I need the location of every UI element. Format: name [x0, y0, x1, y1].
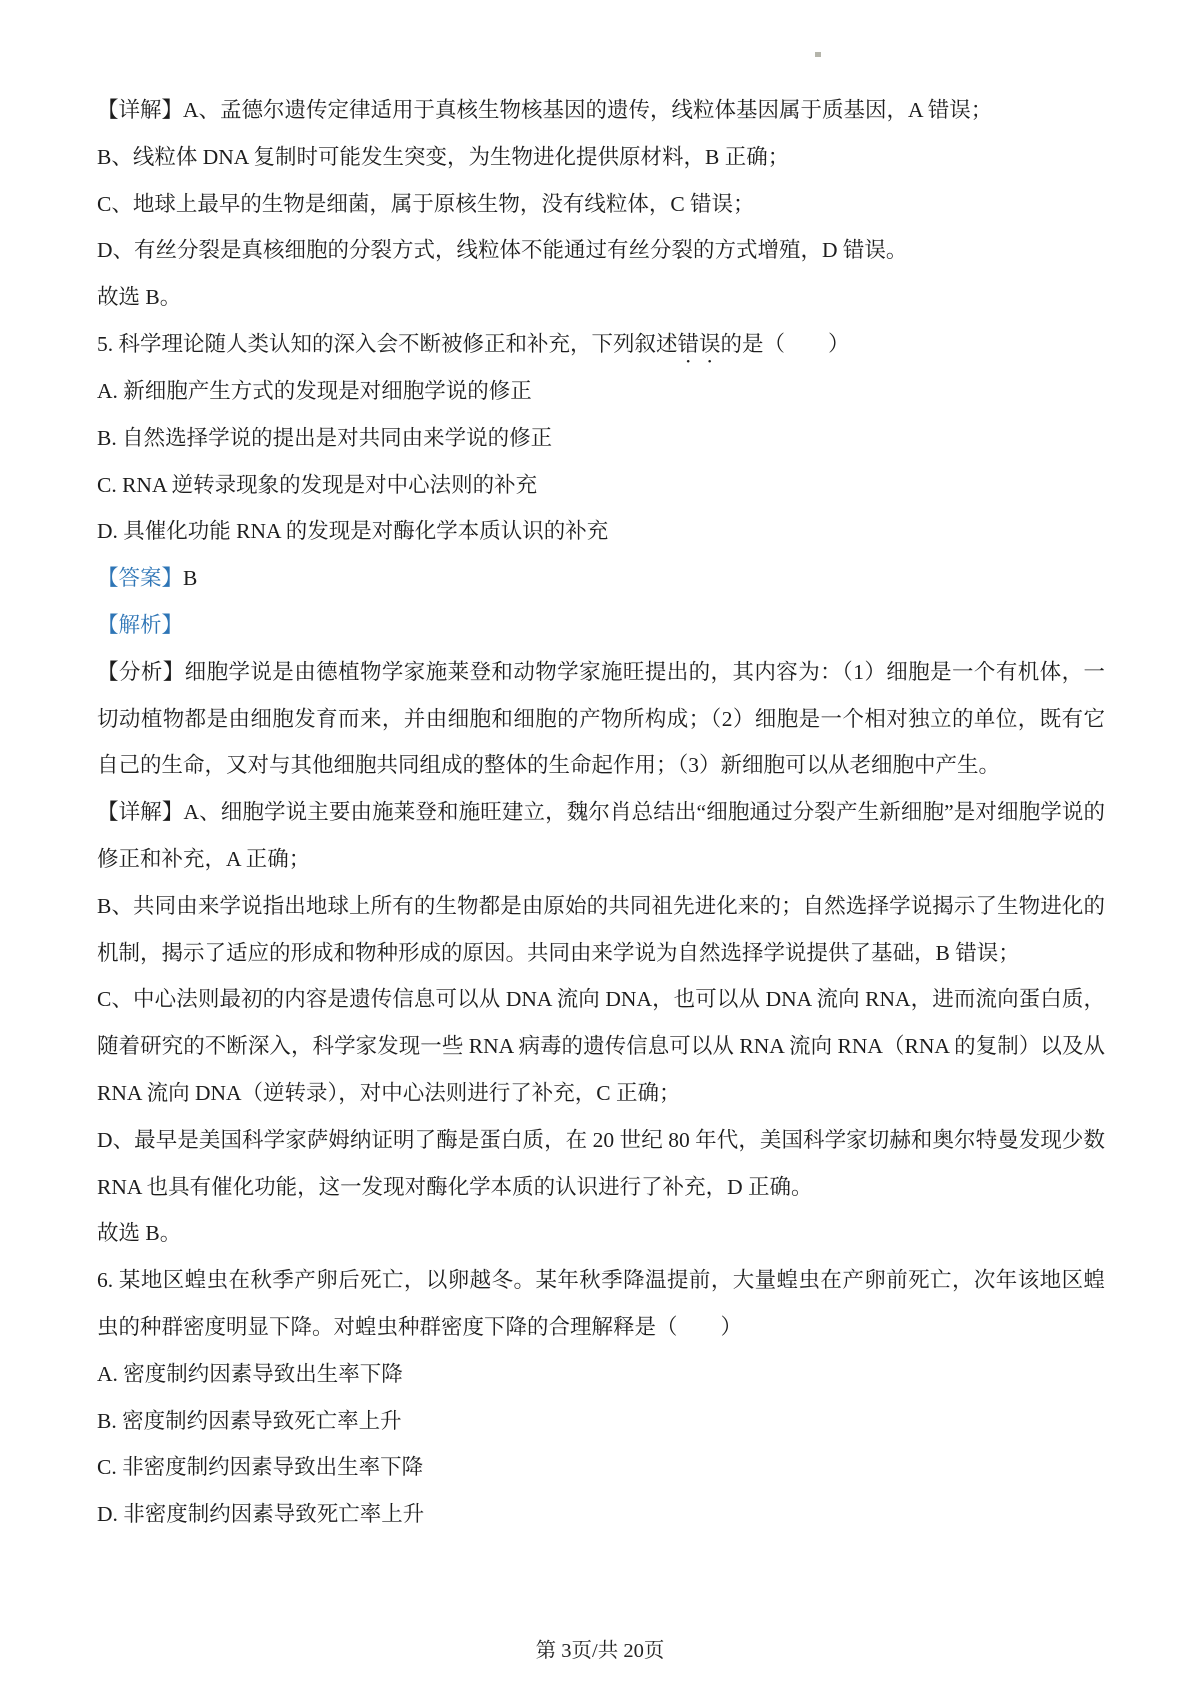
q6-option-c: C. 非密度制约因素导致出生率下降: [97, 1444, 1105, 1491]
page-number: 第 3页/共 20页: [0, 1637, 1200, 1665]
q4-detail-c: C、地球上最早的生物是细菌，属于原核生物，没有线粒体，C 错误；: [97, 181, 1105, 228]
q5-conclusion: 故选 B。: [97, 1210, 1105, 1257]
text-run: B. 自然选择学说的提出是对共同由来学说的修正: [97, 426, 552, 450]
text-run: D、最早是美国科学家萨姆纳证明了酶是蛋白质，在 20 世纪 80 年代，美国科学…: [97, 1128, 1105, 1199]
q4-detail-b: B、线粒体 DNA 复制时可能发生突变，为生物进化提供原材料，B 正确；: [97, 134, 1105, 181]
q5-detail-c: C、中心法则最初的内容是遗传信息可以从 DNA 流向 DNA，也可以从 DNA …: [97, 976, 1105, 1116]
q5-detail-a: 【详解】A、细胞学说主要由施莱登和施旺建立，魏尔肖总结出“细胞通过分裂产生新细胞…: [97, 789, 1105, 883]
text-run: 【详解】A、细胞学说主要由施莱登和施旺建立，魏尔肖总结出“细胞通过分裂产生新细胞…: [97, 800, 1105, 871]
q5-option-b: B. 自然选择学说的提出是对共同由来学说的修正: [97, 415, 1105, 462]
q5-analysis-header: 【解析】: [97, 602, 1105, 649]
text-run: D. 非密度制约因素导致死亡率上升: [97, 1502, 424, 1526]
text-run: B、共同由来学说指出地球上所有的生物都是由原始的共同祖先进化来的；自然选择学说揭…: [97, 894, 1105, 965]
q5-analysis: 【分析】细胞学说是由德植物学家施莱登和动物学家施旺提出的，其内容为：（1）细胞是…: [97, 649, 1105, 789]
text-run: 故选 B。: [97, 1221, 181, 1245]
q5-answer: 【答案】B: [97, 555, 1105, 602]
text-run: C、中心法则最初的内容是遗传信息可以从 DNA 流向 DNA，也可以从 DNA …: [97, 987, 1105, 1105]
text-run-blue: 【答案】: [97, 566, 183, 590]
q4-conclusion: 故选 B。: [97, 274, 1105, 321]
text-run: C、地球上最早的生物是细菌，属于原核生物，没有线粒体，C 错误；: [97, 192, 755, 216]
q6-stem: 6. 某地区蝗虫在秋季产卵后死亡，以卵越冬。某年秋季降温提前，大量蝗虫在产卵前死…: [97, 1257, 1105, 1351]
text-run: C. 非密度制约因素导致出生率下降: [97, 1455, 423, 1479]
text-run: C. RNA 逆转录现象的发现是对中心法则的补充: [97, 473, 537, 497]
q5-option-c: C. RNA 逆转录现象的发现是对中心法则的补充: [97, 462, 1105, 509]
q5-option-d: D. 具催化功能 RNA 的发现是对酶化学本质认识的补充: [97, 508, 1105, 555]
q5-detail-b: B、共同由来学说指出地球上所有的生物都是由原始的共同祖先进化来的；自然选择学说揭…: [97, 883, 1105, 977]
text-run: B: [183, 566, 197, 590]
text-run: 的是（ ）: [721, 332, 850, 356]
q5-stem: 5. 科学理论随人类认知的深入会不断被修正和补充，下列叙述错误的是（ ）: [97, 321, 1105, 368]
text-run: 5. 科学理论随人类认知的深入会不断被修正和补充，下列叙述: [97, 332, 678, 356]
text-run: B、线粒体 DNA 复制时可能发生突变，为生物进化提供原材料，B 正确；: [97, 145, 789, 169]
text-run-emph: 错误: [678, 332, 721, 356]
text-run: A. 密度制约因素导致出生率下降: [97, 1362, 403, 1386]
document-page: 【详解】A、孟德尔遗传定律适用于真核生物核基因的遗传，线粒体基因属于质基因，A …: [0, 0, 1200, 1698]
q6-option-d: D. 非密度制约因素导致死亡率上升: [97, 1491, 1105, 1538]
text-run: 【详解】A、孟德尔遗传定律适用于真核生物核基因的遗传，线粒体基因属于质基因，A …: [97, 98, 992, 122]
text-run: 6. 某地区蝗虫在秋季产卵后死亡，以卵越冬。某年秋季降温提前，大量蝗虫在产卵前死…: [97, 1268, 1105, 1339]
text-run: 故选 B。: [97, 285, 181, 309]
text-run: A. 新细胞产生方式的发现是对细胞学说的修正: [97, 379, 532, 403]
q5-option-a: A. 新细胞产生方式的发现是对细胞学说的修正: [97, 368, 1105, 415]
q5-detail-d: D、最早是美国科学家萨姆纳证明了酶是蛋白质，在 20 世纪 80 年代，美国科学…: [97, 1117, 1105, 1211]
q6-option-b: B. 密度制约因素导致死亡率上升: [97, 1398, 1105, 1445]
text-run: D、有丝分裂是真核细胞的分裂方式，线粒体不能通过有丝分裂的方式增殖，D 错误。: [97, 238, 907, 262]
text-run-blue: 【解析】: [97, 613, 183, 637]
stray-mark: [815, 52, 821, 57]
text-run: D. 具催化功能 RNA 的发现是对酶化学本质认识的补充: [97, 519, 608, 543]
text-run: B. 密度制约因素导致死亡率上升: [97, 1409, 402, 1433]
q4-detail-d: D、有丝分裂是真核细胞的分裂方式，线粒体不能通过有丝分裂的方式增殖，D 错误。: [97, 227, 1105, 274]
text-run: 【分析】细胞学说是由德植物学家施莱登和动物学家施旺提出的，其内容为：（1）细胞是…: [97, 660, 1105, 778]
q6-option-a: A. 密度制约因素导致出生率下降: [97, 1351, 1105, 1398]
document-body: 【详解】A、孟德尔遗传定律适用于真核生物核基因的遗传，线粒体基因属于质基因，A …: [97, 87, 1105, 1538]
q4-detail-a: 【详解】A、孟德尔遗传定律适用于真核生物核基因的遗传，线粒体基因属于质基因，A …: [97, 87, 1105, 134]
